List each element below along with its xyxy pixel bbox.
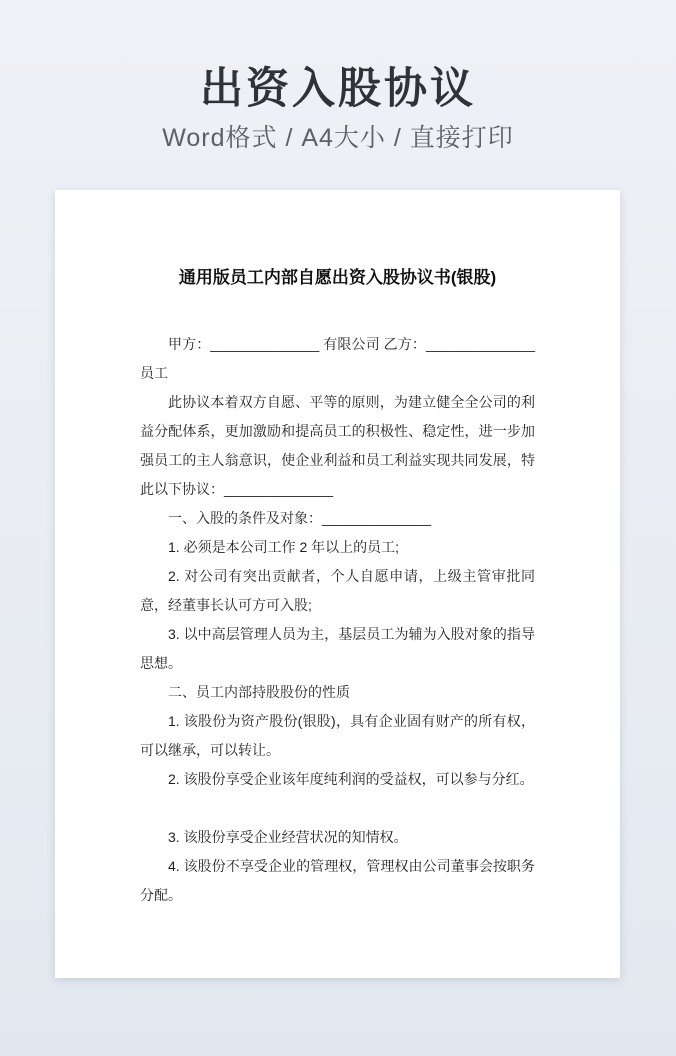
doc-paragraph: 此协议本着双方自愿、平等的原则，为建立健全全公司的利益分配体系，更加激励和提高员… [140,388,535,504]
banner: 出资入股协议 Word格式 / A4大小 / 直接打印 [0,0,676,190]
banner-subtitle: Word格式 / A4大小 / 直接打印 [0,125,676,153]
doc-paragraph: 1. 该股份为资产股份(银股)，具有企业固有财产的所有权，可以继承，可以转让。 [140,707,535,765]
banner-title: 出资入股协议 [0,0,676,113]
doc-paragraph: 二、员工内部持股股份的性质 [140,678,535,707]
document-page: 通用版员工内部自愿出资入股协议书(银股) 甲方：______________ 有… [55,190,620,978]
doc-paragraph: 2. 对公司有突出贡献者，个人自愿申请，上级主管审批同意，经董事长认可方可入股; [140,562,535,620]
doc-paragraph: 一、入股的条件及对象：______________ [140,504,535,533]
document-body: 甲方：______________ 有限公司 乙方：______________… [140,330,535,910]
doc-paragraph: 2. 该股份享受企业该年度纯利润的受益权，可以参与分红。 [140,765,535,794]
doc-blank-line [140,794,535,823]
doc-paragraph: 1. 必须是本公司工作 2 年以上的员工; [140,533,535,562]
page-background: 出资入股协议 Word格式 / A4大小 / 直接打印 通用版员工内部自愿出资入… [0,0,676,1056]
doc-paragraph: 3. 以中高层管理人员为主，基层员工为辅为入股对象的指导思想。 [140,620,535,678]
doc-paragraph: 4. 该股份不享受企业的管理权，管理权由公司董事会按职务分配。 [140,852,535,910]
doc-paragraph: 3. 该股份享受企业经营状况的知情权。 [140,823,535,852]
document-title: 通用版员工内部自愿出资入股协议书(银股) [140,268,535,288]
doc-paragraph: 甲方：______________ 有限公司 乙方：______________… [140,330,535,388]
